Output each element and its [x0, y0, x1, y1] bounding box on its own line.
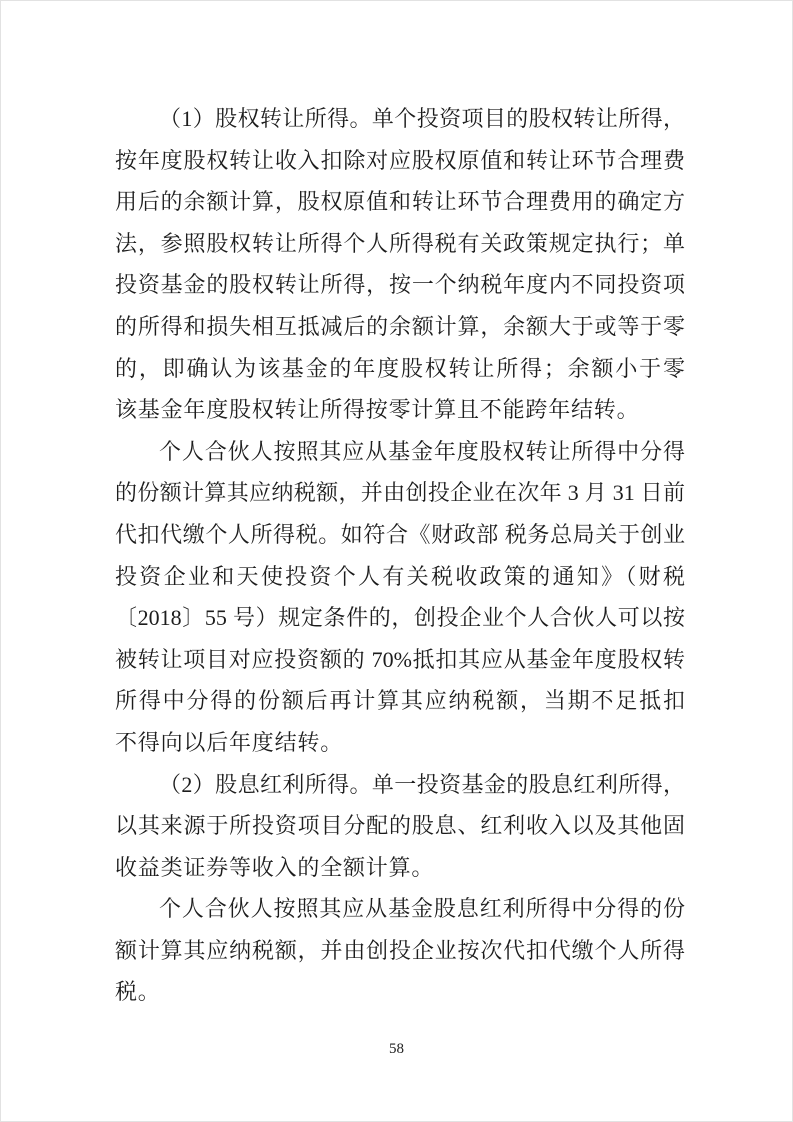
text-line: 个人合伙人按照其应从基金年度股权转让所得中分得: [115, 431, 685, 473]
text-line: 的份额计算其应纳税额，并由创投企业在次年 3 月 31 日前: [115, 472, 685, 514]
text-line: 所得中分得的份额后再计算其应纳税额，当期不足抵扣的，: [115, 680, 685, 722]
text-line: 投资基金的股权转让所得，按一个纳税年度内不同投资项目: [115, 264, 685, 306]
page-number: 58: [1, 1039, 792, 1059]
paragraph-equity-transfer: （1）股权转让所得。单个投资项目的股权转让所得， 按年度股权转让收入扣除对应股权…: [115, 98, 685, 431]
text-line: 个人合伙人按照其应从基金股息红利所得中分得的份: [115, 888, 685, 930]
text-line: 收益类证券等收入的全额计算。: [115, 847, 685, 889]
text-line: 用后的余额计算，股权原值和转让环节合理费用的确定方: [115, 181, 685, 223]
text-line: （1）股权转让所得。单个投资项目的股权转让所得，: [115, 98, 685, 140]
paragraph-partner-tax: 个人合伙人按照其应从基金年度股权转让所得中分得 的份额计算其应纳税额，并由创投企…: [115, 431, 685, 764]
text-line: 该基金年度股权转让所得按零计算且不能跨年结转。: [115, 389, 685, 431]
text-line: 代扣代缴个人所得税。如符合《财政部 税务总局关于创业: [115, 514, 685, 556]
text-line: 不得向以后年度结转。: [115, 722, 685, 764]
text-line: 法，参照股权转让所得个人所得税有关政策规定执行；单一: [115, 223, 685, 265]
document-body: （1）股权转让所得。单个投资项目的股权转让所得， 按年度股权转让收入扣除对应股权…: [115, 98, 685, 1013]
document-page: （1）股权转让所得。单个投资项目的股权转让所得， 按年度股权转让收入扣除对应股权…: [0, 0, 793, 1122]
text-line: （2）股息红利所得。单一投资基金的股息红利所得，: [115, 764, 685, 806]
paragraph-dividend-withholding: 个人合伙人按照其应从基金股息红利所得中分得的份 额计算其应纳税额，并由创投企业按…: [115, 888, 685, 1013]
text-line: 以其来源于所投资项目分配的股息、红利收入以及其他固定: [115, 805, 685, 847]
text-line: 税。: [115, 971, 685, 1013]
text-line: 的所得和损失相互抵减后的余额计算，余额大于或等于零: [115, 306, 685, 348]
text-line: 按年度股权转让收入扣除对应股权原值和转让环节合理费: [115, 140, 685, 182]
text-line: 的，即确认为该基金的年度股权转让所得；余额小于零的，: [115, 348, 685, 390]
text-line: 额计算其应纳税额，并由创投企业按次代扣代缴个人所得: [115, 930, 685, 972]
text-line: 被转让项目对应投资额的 70%抵扣其应从基金年度股权转让: [115, 639, 685, 681]
paragraph-dividend-income: （2）股息红利所得。单一投资基金的股息红利所得， 以其来源于所投资项目分配的股息…: [115, 764, 685, 889]
text-line: 〔2018〕55 号）规定条件的，创投企业个人合伙人可以按照: [115, 597, 685, 639]
text-line: 投资企业和天使投资个人有关税收政策的通知》（财税: [115, 556, 685, 598]
